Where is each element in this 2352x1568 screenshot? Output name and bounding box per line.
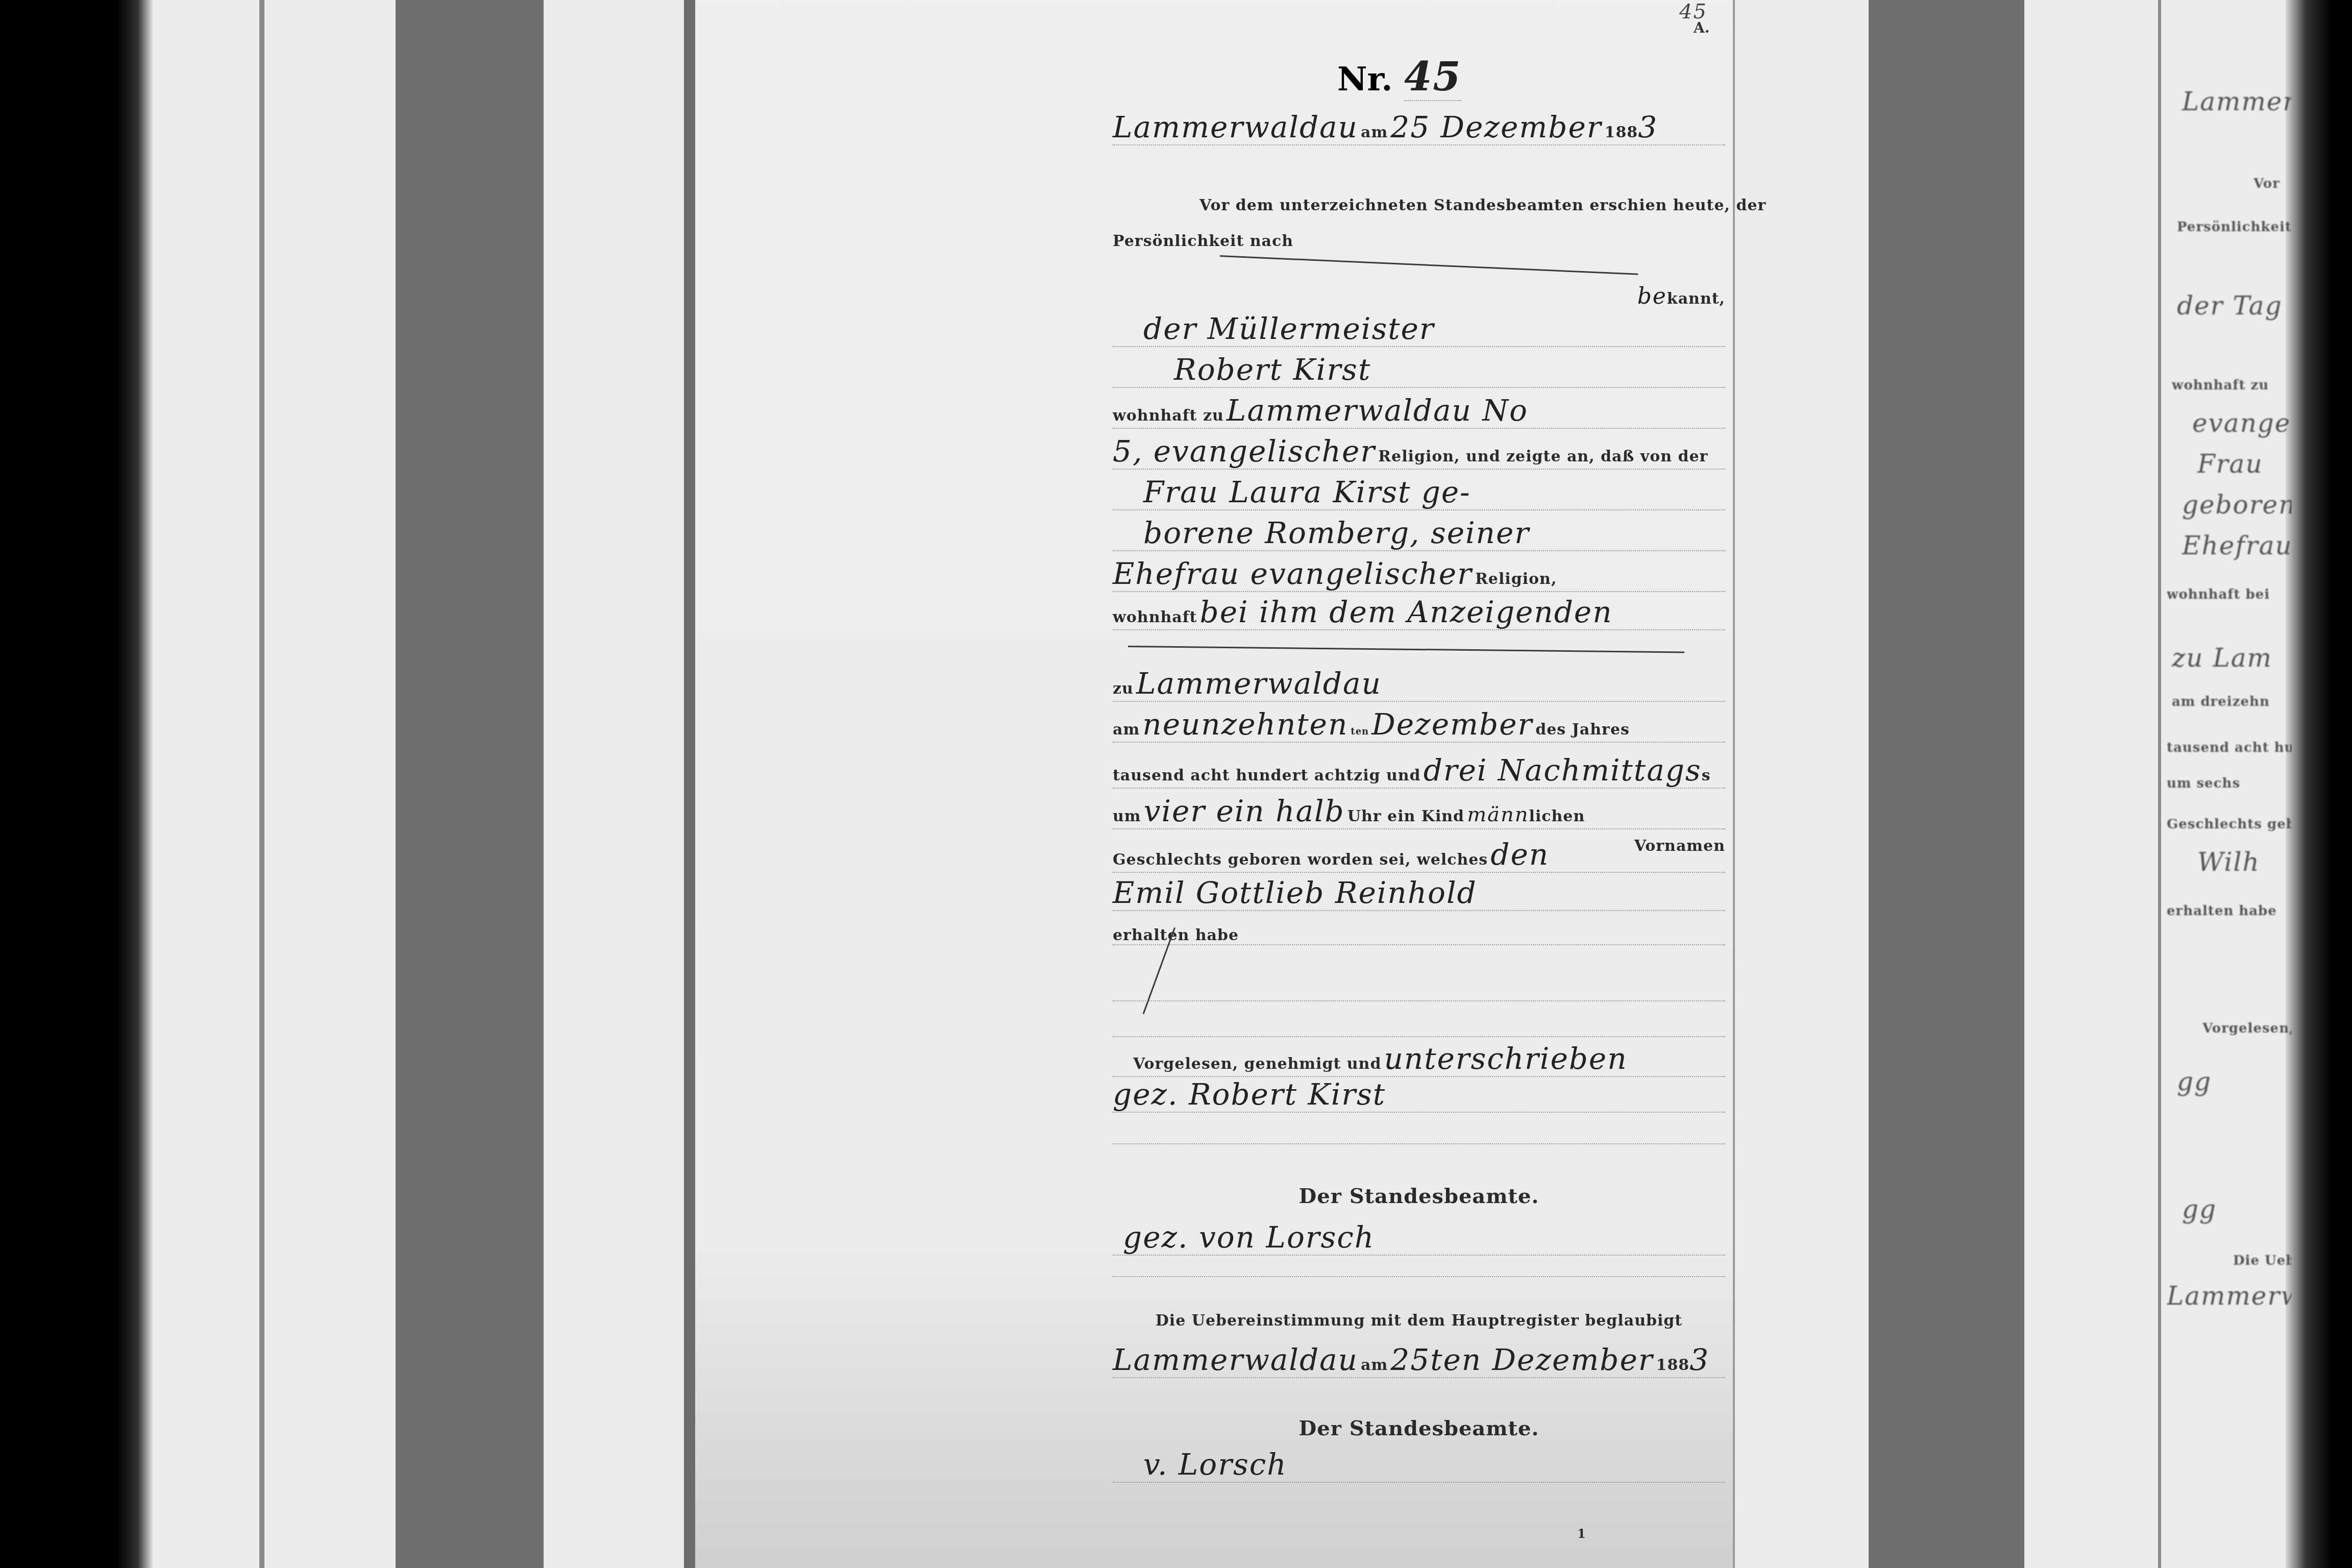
child-given-names: Emil Gottlieb Reinhold <box>1113 875 1725 911</box>
film-strip-light <box>2024 0 2159 1568</box>
blank-line <box>1113 1123 1725 1144</box>
adjacent-fragment: Frau <box>2197 449 2292 479</box>
adjacent-fragment: Geschlechts gebore <box>2167 817 2292 832</box>
record-number-value: 45 <box>1404 54 1462 101</box>
film-divider-line <box>259 0 264 1568</box>
adjacent-fragment: gg <box>2182 1194 2292 1224</box>
film-border-right <box>2286 0 2352 1568</box>
adjacent-fragment: tausend acht hund <box>2167 740 2292 755</box>
adjacent-fragment: Die Ueber <box>2233 1253 2292 1268</box>
informant-occupation: der Müllermeister <box>1113 311 1725 347</box>
adjacent-fragment: evange <box>2192 408 2292 438</box>
informant-name: Robert Kirst <box>1113 352 1725 388</box>
blank-line <box>1113 1256 1725 1277</box>
read-approved-line: Vorgelesen, genehmigt und unterschrieben <box>1113 1041 1725 1077</box>
adjacent-fragment: geboren <box>2182 490 2292 520</box>
adjacent-fragment: Wilh <box>2197 847 2292 877</box>
film-strip-light <box>1735 0 1869 1568</box>
intro-line-2: Persönlichkeit nach <box>1113 232 1725 250</box>
film-strip-light <box>153 0 260 1568</box>
certification-text: Die Uebereinstimmung mit dem Hauptregist… <box>1113 1312 1725 1330</box>
birth-year: tausend acht hundert achtzig und drei Na… <box>1113 753 1725 789</box>
informant-religion: 5, evangelischer Religion, und zeigte an… <box>1113 434 1725 470</box>
adjacent-fragment: Vor <box>2253 176 2292 191</box>
adjacent-fragment: der Tag <box>2177 291 2292 321</box>
adjacent-page: Lammerw Vor Persönlichkeit n der Tag woh… <box>2167 0 2292 1568</box>
adjacent-fragment: Lammerw <box>2167 1281 2292 1311</box>
official-title: Der Standesbeamte. <box>1113 1184 1725 1208</box>
adjacent-fragment: erhalten habe <box>2167 903 2292 919</box>
birth-date: am neunzehnten ten Dezember des Jahres <box>1113 707 1725 743</box>
mother-name: Frau Laura Kirst ge- <box>1113 475 1725 510</box>
film-strip-light <box>264 0 396 1568</box>
blank-line <box>1113 1016 1725 1037</box>
official-title-2: Der Standesbeamte. <box>1113 1416 1725 1440</box>
adjacent-fragment: wohnhaft bei <box>2167 587 2292 602</box>
informant-signature: gez. Robert Kirst <box>1113 1077 1725 1113</box>
film-gray-bar <box>396 0 544 1568</box>
film-gray-bar <box>1869 0 2024 1568</box>
film-strip-light <box>544 0 687 1568</box>
official-signature-2: v. Lorsch <box>1113 1447 1725 1483</box>
strike-line <box>1220 255 1638 275</box>
adjacent-fragment: gg <box>2177 1067 2292 1096</box>
adjacent-fragment: Ehefrau <box>2182 531 2292 560</box>
adjacent-fragment: um sechs <box>2167 776 2292 791</box>
birth-time: um vier ein halb Uhr ein Kind männlichen <box>1113 794 1725 829</box>
birth-place: zu Lammerwaldau <box>1113 666 1725 702</box>
mother-religion: Ehefrau evangelischer Religion, <box>1113 556 1725 592</box>
child-sex-line: Geschlechts geboren worden sei, welches … <box>1113 837 1725 873</box>
official-signature: gez. von Lorsch <box>1113 1220 1725 1256</box>
section-rule <box>1128 646 1684 653</box>
adjacent-fragment: wohnhaft zu <box>2172 378 2292 393</box>
intro-line-3: bekannt, <box>1113 283 1725 309</box>
record-entry: Nr. 45 Lammerwaldau am 25 Dezember 1883 … <box>1113 0 1725 1568</box>
informant-residence: wohnhaft zu Lammerwaldau No <box>1113 393 1725 429</box>
certification-place-date: Lammerwaldau am 25ten Dezember 1883 <box>1113 1342 1725 1378</box>
mother-residence: wohnhaft bei ihm dem Anzeigenden <box>1113 595 1725 630</box>
erhalten-label: erhalten habe <box>1113 926 1725 945</box>
page-mark: 1 <box>1577 1526 1725 1541</box>
intro-line-1: Vor dem unterzeichneten Standesbeamten e… <box>1113 197 1725 214</box>
record-number: Nr. 45 <box>1337 54 1461 100</box>
blank-line <box>1113 980 1725 1001</box>
adjacent-fragment: Vorgelesen, <box>2202 1021 2292 1036</box>
adjacent-fragment: Lammerw <box>2182 87 2292 116</box>
adjacent-fragment: am dreizehn <box>2172 694 2292 709</box>
page-binding-rule <box>684 0 695 1568</box>
adjacent-fragment: zu Lam <box>2172 643 2292 673</box>
adjacent-fragment: Persönlichkeit n <box>2177 219 2292 235</box>
film-border-left <box>0 0 153 1568</box>
header-place-date: Lammerwaldau am 25 Dezember 1883 <box>1113 110 1725 145</box>
mother-maiden-name: borene Romberg, seiner <box>1113 516 1725 551</box>
